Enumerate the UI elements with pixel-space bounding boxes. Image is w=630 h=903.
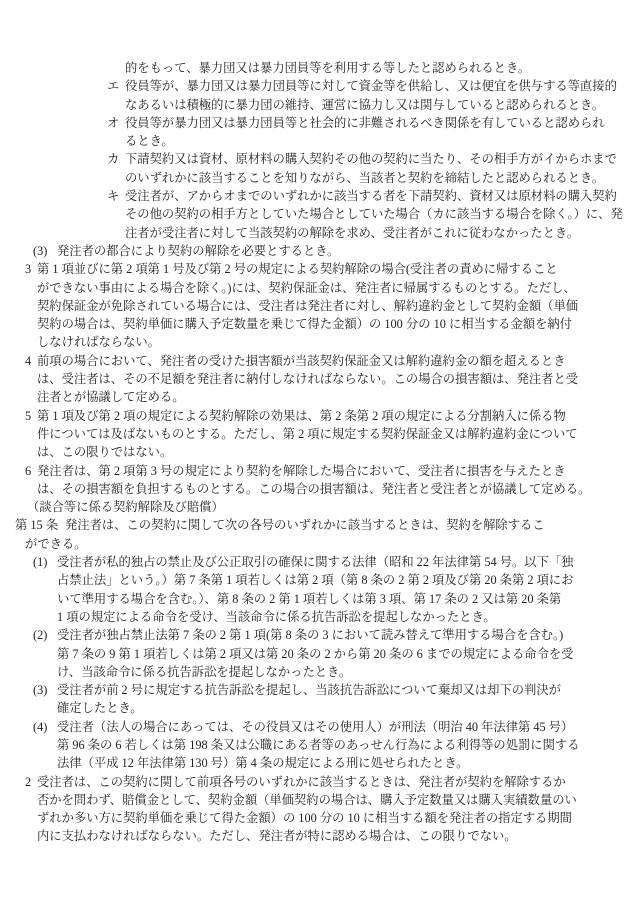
text-line: は、受注者は、その不足額を発注者に納付しなければならない。この場合の損害額は、発… — [0, 370, 630, 388]
list-item-line: (1)受注者が私的独占の禁止及び公正取引の確保に関する法律（昭和 22 年法律第… — [0, 553, 630, 571]
item-marker: オ — [107, 114, 125, 132]
item-text: 受注者が私的独占の禁止及び公正取引の確保に関する法律（昭和 22 年法律第 54… — [57, 555, 573, 569]
list-item-line: 2受注者は、この契約に関して前項各号のいずれかに該当するときは、発注者が契約を解… — [0, 773, 630, 791]
text-line: 確定したとき。 — [0, 699, 630, 717]
text-line: 内に支払わなければならない。ただし、発注者が特に認める場合は、この限りでない。 — [0, 827, 630, 845]
item-marker: 6 — [25, 462, 37, 480]
list-item-line: エ役員等が、暴力団又は暴力団員等に対して資金等を供給し、又は便宜を供与する等直接… — [0, 77, 630, 95]
document-page: 的をもって、暴力団又は暴力団員等を利用する等したと認められるとき。 エ役員等が、… — [0, 0, 630, 903]
text-line: ができない事由による場合を除く。)には、契約保証金は、発注者に帰属するものとする… — [0, 279, 630, 297]
list-item-line: (4)受注者（法人の場合にあっては、その役員又はその使用人）が刑法（明治 40 … — [0, 718, 630, 736]
article-line: 第 15 条発注者は、この契約に関して次の各号のいずれかに該当するときは、契約を… — [0, 516, 630, 534]
text-line: なあるいは積極的に暴力団の維持、運営に協力し又は関与していると認められるとき。 — [0, 96, 630, 114]
text-line: 契約の場合は、契約単価に購入予定数量を乗じて得た金額）の 100 分の 10 に… — [0, 315, 630, 333]
text-line: は、この限りではない。 — [0, 443, 630, 461]
text-line: 占禁止法」という。）第 7 条第 1 項若しくは第 2 項（第 8 条の 2 第… — [0, 571, 630, 589]
list-item-line: 6発注者は、第 2 項第 3 号の規定により契約を解除した場合において、受注者に… — [0, 462, 630, 480]
item-marker: (2) — [33, 626, 57, 644]
text-line: 注者とが協議して定める。 — [0, 388, 630, 406]
list-item-line: キ受注者が、アからオまでのいずれかに該当する者を下請契約、資材又は原材料の購入契… — [0, 187, 630, 205]
text-line: 注者が受注者に対して当該契約の解除を求め、受注者がこれに従わなかったとき。 — [0, 224, 630, 242]
text-line: 否かを問わず、賠償金として、契約金額（単価契約の場合は、購入予定数量又は購入実績… — [0, 791, 630, 809]
item-marker: (4) — [33, 718, 57, 736]
list-item-line: 4前項の場合において、発注者の受けた損害額が当該契約保証金又は解約違約金の額を超… — [0, 352, 630, 370]
list-item-line: 5第 1 項及び第 2 項の規定による契約解除の効果は、第 2 条第 2 項の規… — [0, 407, 630, 425]
list-item-line: 3第 1 項並びに第 2 項第 1 号及び第 2 号の規定による契約解除の場合(… — [0, 260, 630, 278]
text-line: 1 項の規定による命令を受け、当該命令に係る抗告訴訟を提起しなかったとき。 — [0, 608, 630, 626]
text-line: ずれか多い方に契約単価を乗じて得た金額）の 100 分の 10 に相当する額を発… — [0, 809, 630, 827]
text-line: は、その損害額を負担するものとする。この場合の損害額は、発注者と受注者とが協議し… — [0, 480, 630, 498]
text-line: その他の契約の相手方としていた場合としていた場合（カに該当する場合を除く。）に、… — [0, 205, 630, 223]
text-line: ができる。 — [0, 535, 630, 553]
item-text: 前項の場合において、発注者の受けた損害額が当該契約保証金又は解約違約金の額を超え… — [37, 354, 566, 368]
item-text: 発注者は、第 2 項第 3 号の規定により契約を解除した場合において、受注者に損… — [37, 464, 566, 478]
item-text: 受注者が独占禁止法第 7 条の 2 第 1 項(第 8 条の 3 において読み替… — [57, 628, 563, 642]
text-line: 法律（平成 12 年法律第 130 号）第 4 条の規定による刑に処せられたとき… — [0, 754, 630, 772]
item-text: 第 1 項及び第 2 項の規定による契約解除の効果は、第 2 条第 2 項の規定… — [37, 409, 566, 423]
item-marker: 5 — [25, 407, 37, 425]
item-marker: 3 — [25, 260, 37, 278]
item-text: 受注者（法人の場合にあっては、その役員又はその使用人）が刑法（明治 40 年法律… — [57, 720, 573, 734]
item-text: 発注者の都合により契約の解除を必要とするとき。 — [57, 244, 339, 258]
item-text: 発注者は、この契約に関して次の各号のいずれかに該当するときは、契約を解除するこ — [65, 518, 545, 532]
text-line: いて準用する場合を含む。）、第 8 条の 2 第 1 項若しくは第 3 項、第 … — [0, 590, 630, 608]
item-text: 役員等が暴力団又は暴力団員等と社会的に非難されるべき関係を有していると認められ — [125, 116, 605, 130]
item-marker: キ — [107, 187, 125, 205]
text-line: るとき。 — [0, 132, 630, 150]
item-text: 受注者が、アからオまでのいずれかに該当する者を下請契約、資材又は原材料の購入契約 — [125, 189, 617, 203]
text-line: しなければならない。 — [0, 333, 630, 351]
item-marker: (3) — [33, 242, 57, 260]
list-item-line: (2)受注者が独占禁止法第 7 条の 2 第 1 項(第 8 条の 3 において… — [0, 626, 630, 644]
item-marker: 4 — [25, 352, 37, 370]
text-line: 的をもって、暴力団又は暴力団員等を利用する等したと認められるとき。 — [0, 59, 630, 77]
article-number: 第 15 条 — [15, 516, 65, 534]
item-marker: (3) — [33, 681, 57, 699]
text-line: 契約保証金が免除されている場合には、受注者は発注者に対し、解約違約金として契約金… — [0, 297, 630, 315]
list-item-line: (3)受注者が前 2 号に規定する抗告訴訟を提起し、当該抗告訴訟について棄却又は… — [0, 681, 630, 699]
item-marker: カ — [107, 150, 125, 168]
list-item-line: カ下請契約又は資材、原材料の購入契約その他の契約に当たり、その相手方がイからホま… — [0, 150, 630, 168]
list-item-line: (3)発注者の都合により契約の解除を必要とするとき。 — [0, 242, 630, 260]
text-line: 第 96 条の 6 若しくは第 198 条又は公職にある者等のあっせん行為による… — [0, 736, 630, 754]
item-text: 受注者が前 2 号に規定する抗告訴訟を提起し、当該抗告訴訟について棄却又は却下の… — [57, 683, 561, 697]
text-line: のいずれかに該当することを知りながら、当該者と契約を締結したと認められるとき。 — [0, 169, 630, 187]
item-marker: エ — [107, 77, 125, 95]
text-line: け、当該命令に係る抗告訴訟を提起しなかったとき。 — [0, 663, 630, 681]
text-line: 件については及ばないものとする。ただし、第 2 項に規定する契約保証金又は解約違… — [0, 425, 630, 443]
item-marker: (1) — [33, 553, 57, 571]
item-text: 第 1 項並びに第 2 項第 1 号及び第 2 号の規定による契約解除の場合(受… — [37, 262, 558, 276]
item-text: 役員等が、暴力団又は暴力団員等に対して資金等を供給し、又は便宜を供与する等直接的 — [125, 79, 617, 93]
item-text: 受注者は、この契約に関して前項各号のいずれかに該当するときは、発注者が契約を解除… — [37, 775, 566, 789]
text-line: 第 7 条の 9 第 1 項若しくは第 2 項又は第 20 条の 2 から第 2… — [0, 645, 630, 663]
list-item-line: オ役員等が暴力団又は暴力団員等と社会的に非難されるべき関係を有していると認められ — [0, 114, 630, 132]
item-marker: 2 — [25, 773, 37, 791]
item-text: 下請契約又は資材、原材料の購入契約その他の契約に当たり、その相手方がイからホまで — [125, 152, 617, 166]
section-heading: （談合等に係る契約解除及び賠償） — [0, 498, 630, 516]
